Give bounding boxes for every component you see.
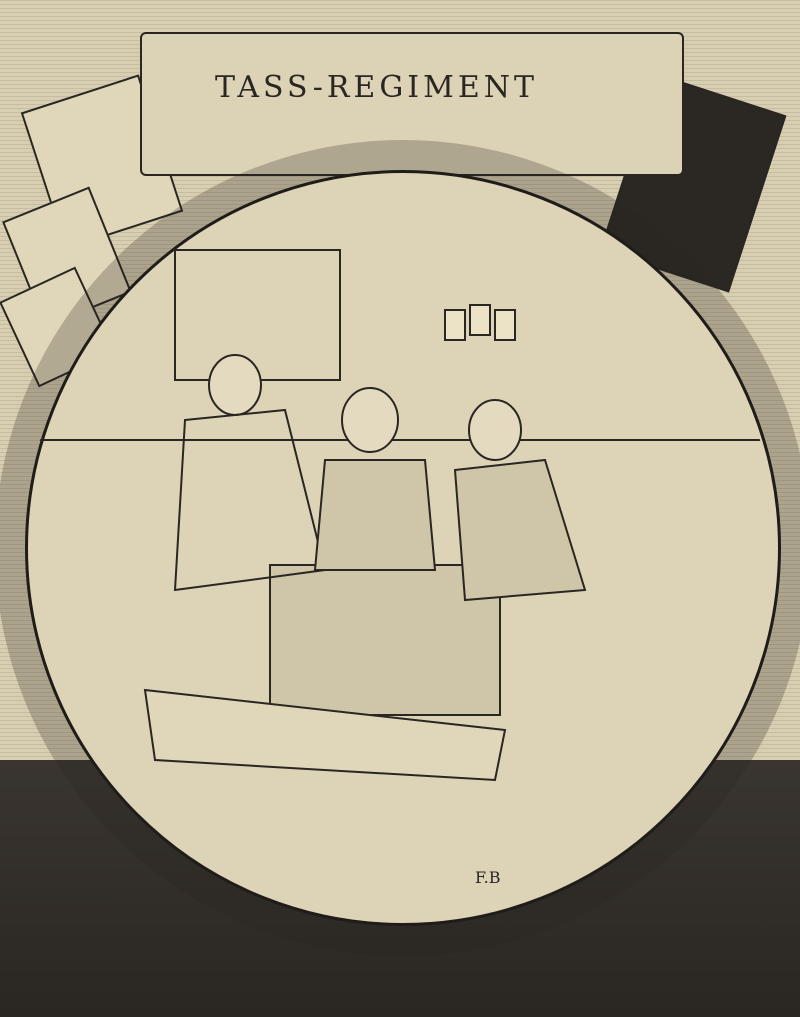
title-text: TASS-REGIMENT — [215, 70, 538, 105]
illustration-page: TASS-REGIMENT F.B — [0, 0, 800, 1017]
scene-drawing — [25, 170, 775, 920]
artist-signature: F.B — [475, 868, 500, 887]
card-game-scene — [25, 170, 775, 920]
wall-painting — [175, 250, 340, 380]
